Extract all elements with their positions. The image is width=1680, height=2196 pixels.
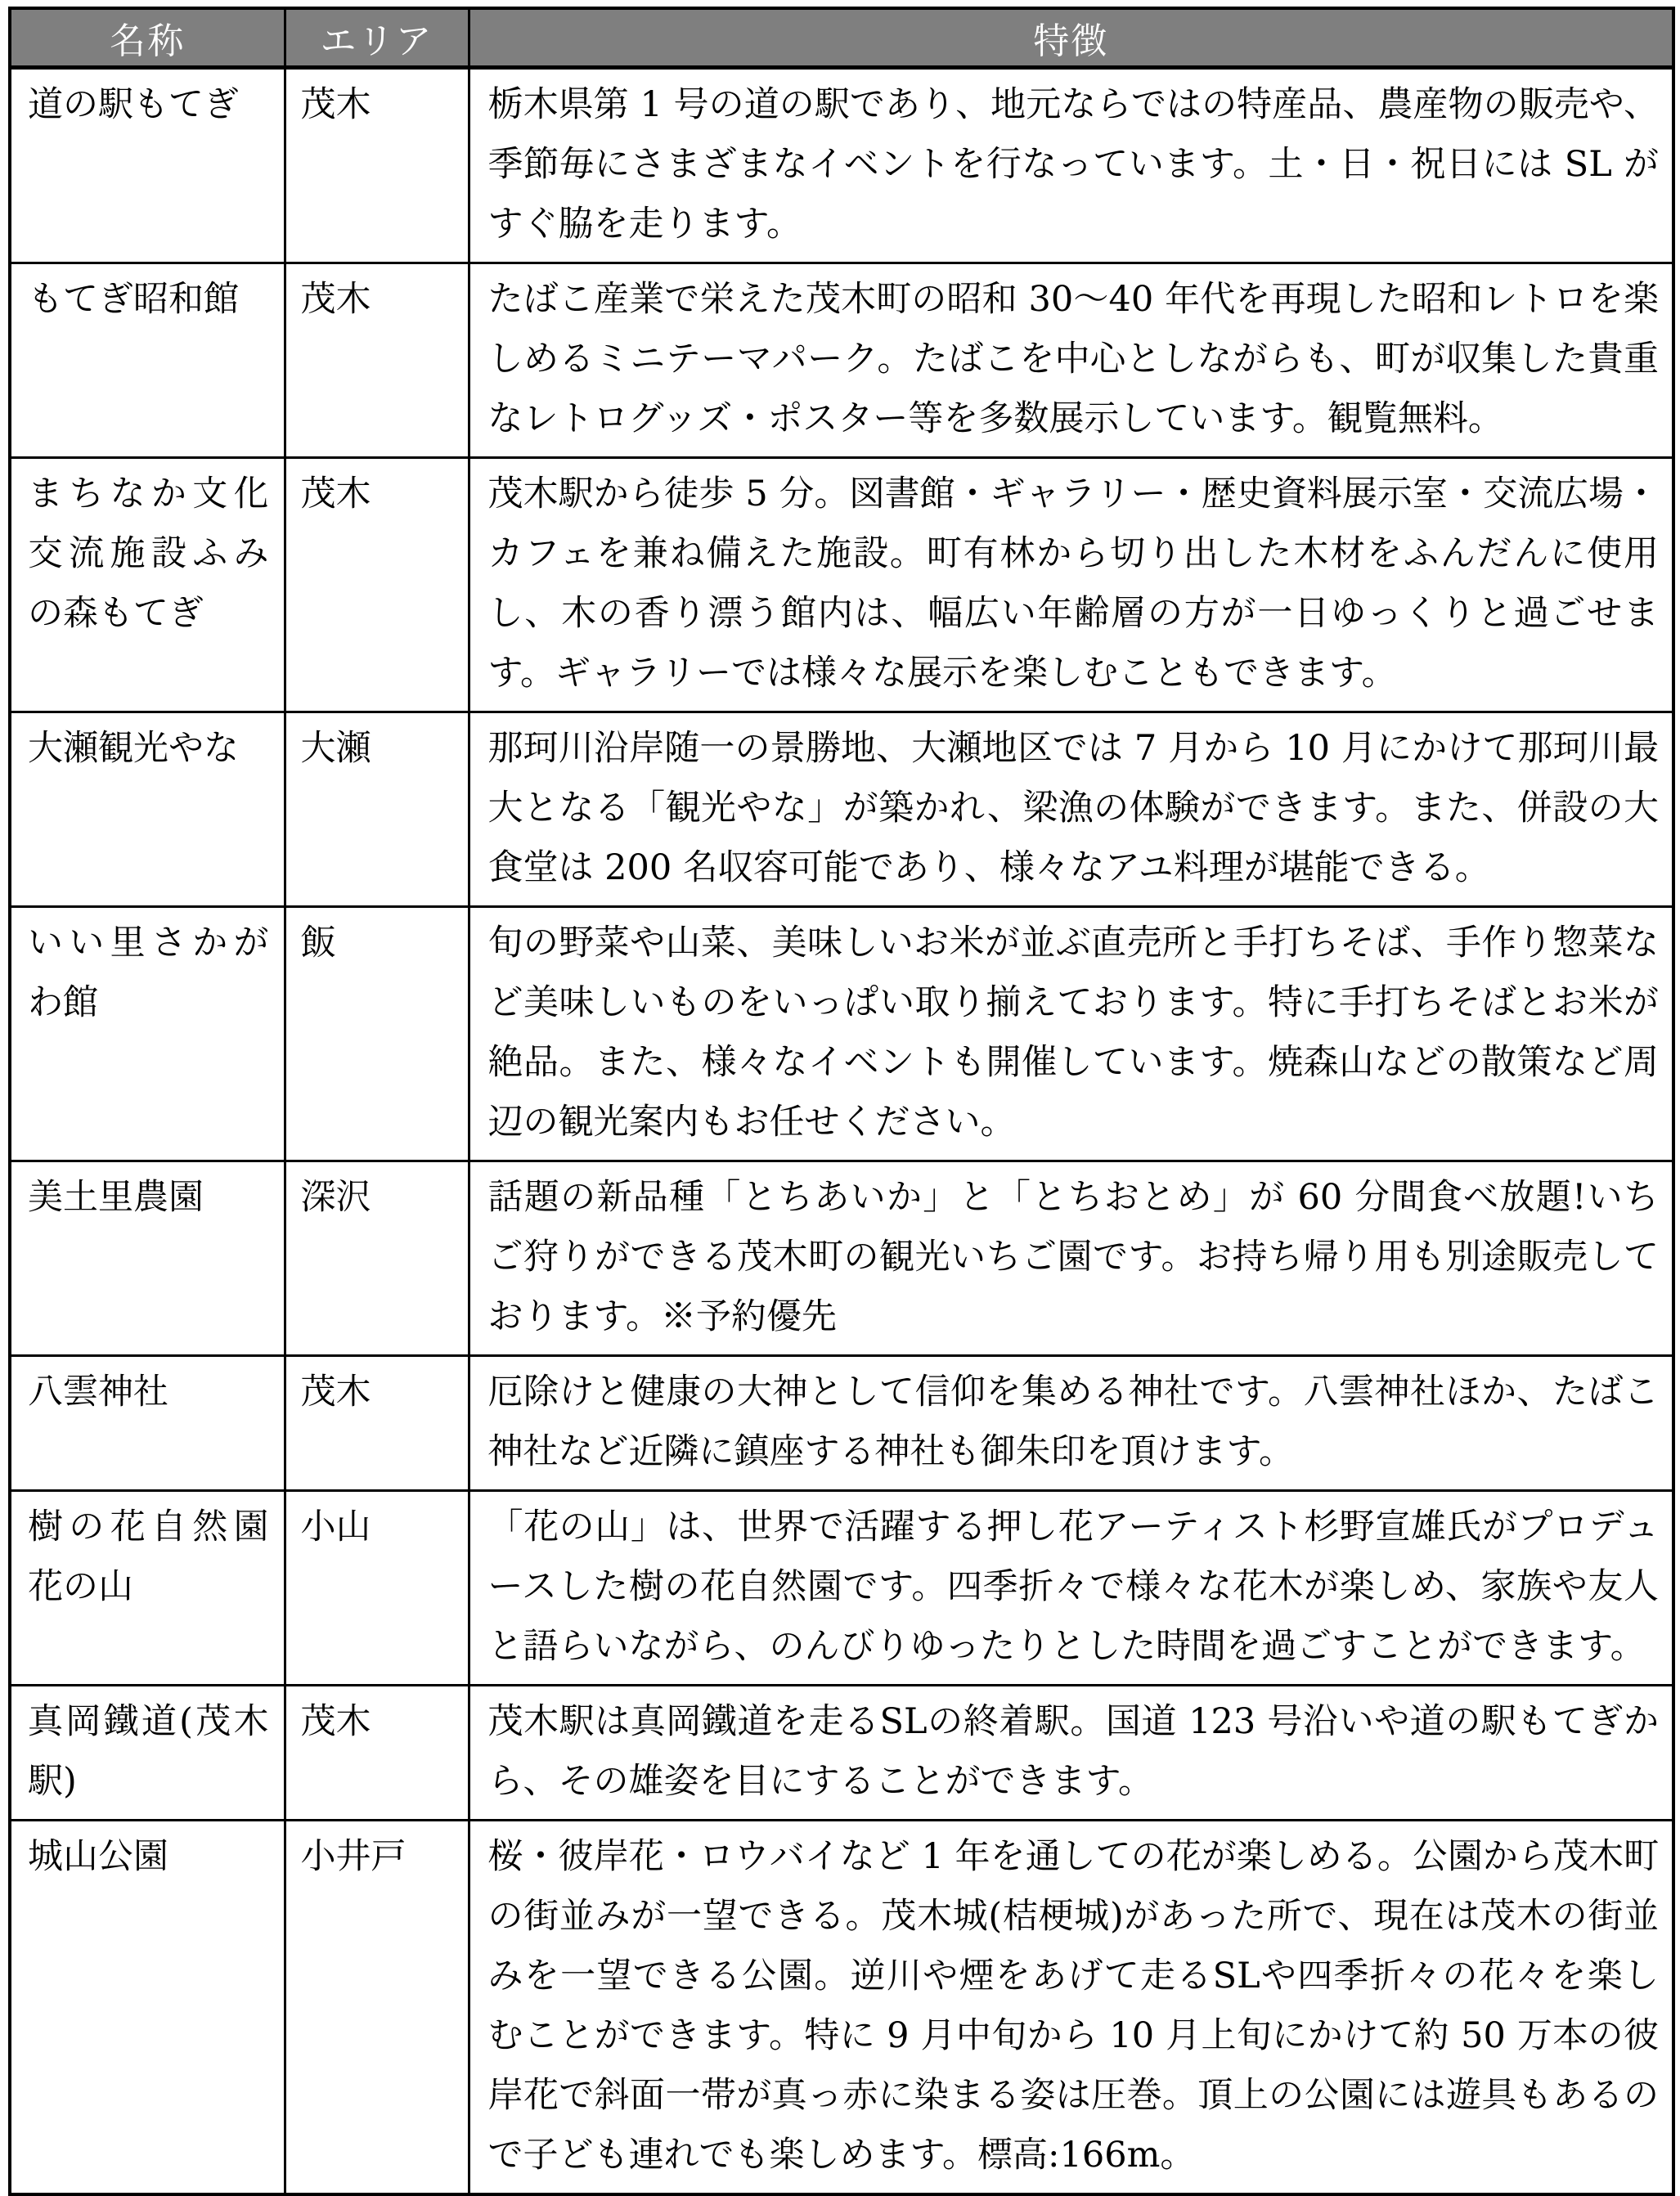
area-cell: 茂木 [285, 1356, 469, 1491]
header-row: 名称 エリア 特徴 [10, 8, 1673, 68]
table-row: 八雲神社 茂木 厄除けと健康の大神として信仰を集める神社です。八雲神社ほか、たば… [10, 1356, 1673, 1491]
header-name: 名称 [10, 8, 285, 68]
table-row: まちなか文化交流施設ふみの森もてぎ 茂木 茂木駅から徒歩 5 分。図書館・ギャラ… [10, 458, 1673, 712]
features-cell: 茂木駅は真岡鐵道を走るSLの終着駅。国道 123 号沿いや道の駅もてぎから、その… [469, 1686, 1673, 1821]
area-cell: 茂木 [285, 263, 469, 458]
table-row: 大瀬観光やな 大瀬 那珂川沿岸随一の景勝地、大瀬地区では 7 月から 10 月に… [10, 712, 1673, 907]
header-area: エリア [285, 8, 469, 68]
name-cell: 八雲神社 [10, 1356, 285, 1491]
features-cell: 茂木駅から徒歩 5 分。図書館・ギャラリー・歴史資料展示室・交流広場・カフェを兼… [469, 458, 1673, 712]
area-cell: 小井戸 [285, 1821, 469, 2195]
area-cell: 大瀬 [285, 712, 469, 907]
table-row: いい里さかがわ館 飯 旬の野菜や山菜、美味しいお米が並ぶ直売所と手打ちそば、手作… [10, 907, 1673, 1161]
name-cell: 真岡鐵道(茂木駅) [10, 1686, 285, 1821]
features-cell: 那珂川沿岸随一の景勝地、大瀬地区では 7 月から 10 月にかけて那珂川最大とな… [469, 712, 1673, 907]
features-cell: 旬の野菜や山菜、美味しいお米が並ぶ直売所と手打ちそば、手作り惣菜など美味しいもの… [469, 907, 1673, 1161]
table-row: 美土里農園 深沢 話題の新品種「とちあいか」と「とちおとめ」が 60 分間食べ放… [10, 1161, 1673, 1356]
tourist-spots-table: 名称 エリア 特徴 道の駅もてぎ 茂木 栃木県第 1 号の道の駅であり、地元なら… [8, 7, 1675, 2196]
table-row: 真岡鐵道(茂木駅) 茂木 茂木駅は真岡鐵道を走るSLの終着駅。国道 123 号沿… [10, 1686, 1673, 1821]
name-cell: まちなか文化交流施設ふみの森もてぎ [10, 458, 285, 712]
area-cell: 飯 [285, 907, 469, 1161]
features-cell: 栃木県第 1 号の道の駅であり、地元ならではの特産品、農産物の販売や、季節毎にさ… [469, 68, 1673, 263]
table-row: 城山公園 小井戸 桜・彼岸花・ロウバイなど 1 年を通しての花が楽しめる。公園か… [10, 1821, 1673, 2195]
table-row: 樹の花自然園花の山 小山 「花の山」は、世界で活躍する押し花アーティスト杉野宣雄… [10, 1491, 1673, 1686]
name-cell: 城山公園 [10, 1821, 285, 2195]
name-cell: 道の駅もてぎ [10, 68, 285, 263]
name-cell: 美土里農園 [10, 1161, 285, 1356]
area-cell: 小山 [285, 1491, 469, 1686]
area-cell: 深沢 [285, 1161, 469, 1356]
features-cell: 「花の山」は、世界で活躍する押し花アーティスト杉野宣雄氏がプロデュースした樹の花… [469, 1491, 1673, 1686]
table-row: もてぎ昭和館 茂木 たばこ産業で栄えた茂木町の昭和 30〜40 年代を再現した昭… [10, 263, 1673, 458]
name-cell: 大瀬観光やな [10, 712, 285, 907]
name-cell: もてぎ昭和館 [10, 263, 285, 458]
area-cell: 茂木 [285, 68, 469, 263]
features-cell: 桜・彼岸花・ロウバイなど 1 年を通しての花が楽しめる。公園から茂木町の街並みが… [469, 1821, 1673, 2195]
name-cell: いい里さかがわ館 [10, 907, 285, 1161]
features-cell: たばこ産業で栄えた茂木町の昭和 30〜40 年代を再現した昭和レトロを楽しめるミ… [469, 263, 1673, 458]
features-cell: 話題の新品種「とちあいか」と「とちおとめ」が 60 分間食べ放題!いちご狩りがで… [469, 1161, 1673, 1356]
features-cell: 厄除けと健康の大神として信仰を集める神社です。八雲神社ほか、たばこ神社など近隣に… [469, 1356, 1673, 1491]
area-cell: 茂木 [285, 1686, 469, 1821]
table-row: 道の駅もてぎ 茂木 栃木県第 1 号の道の駅であり、地元ならではの特産品、農産物… [10, 68, 1673, 263]
area-cell: 茂木 [285, 458, 469, 712]
name-cell: 樹の花自然園花の山 [10, 1491, 285, 1686]
header-features: 特徴 [469, 8, 1673, 68]
